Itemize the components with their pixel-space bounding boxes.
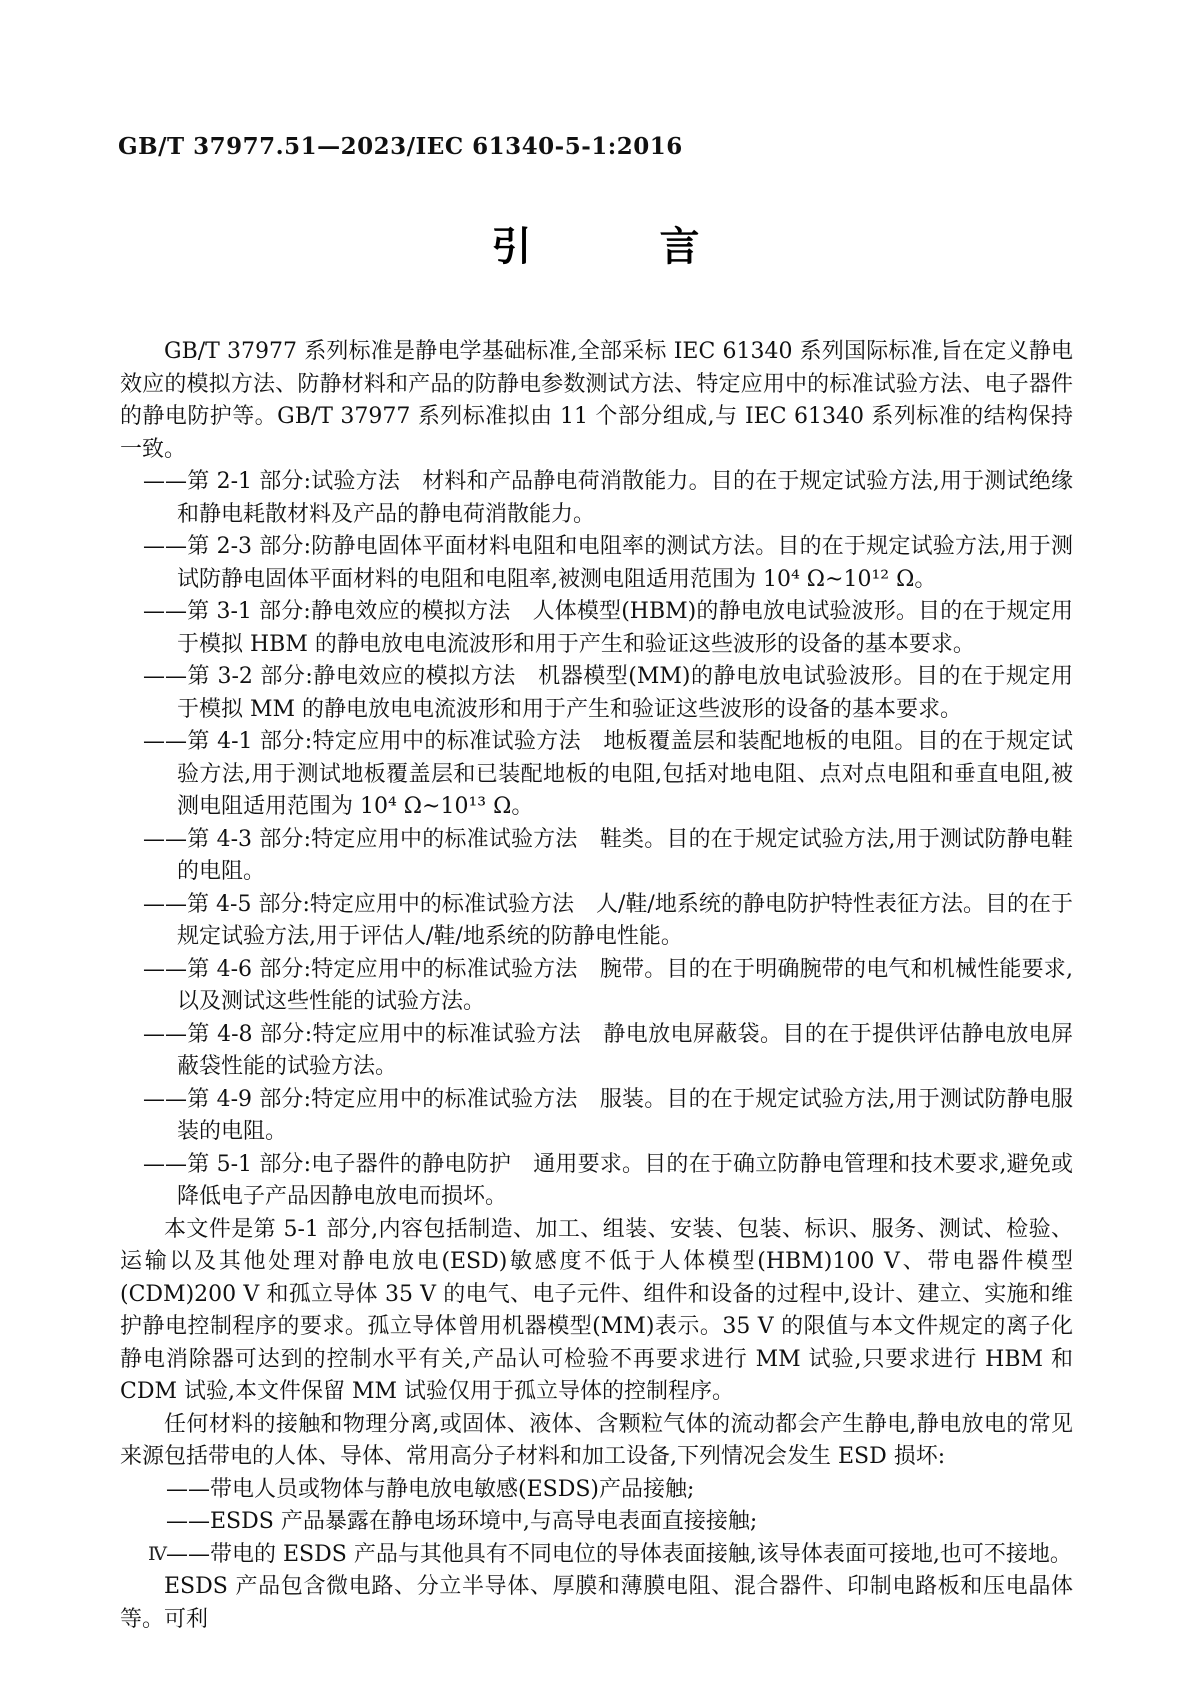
intro-paragraph-4: ESDS 产品包含微电路、分立半导体、厚膜和薄膜电阻、混合器件、印制电路板和压电… [120, 1571, 1073, 1636]
standard-part-item: ——第 4-1 部分:特定应用中的标准试验方法 地板覆盖层和装配地板的电阻。目的… [143, 726, 1073, 824]
standard-part-item: ——第 4-6 部分:特定应用中的标准试验方法 腕带。目的在于明确腕带的电气和机… [143, 954, 1073, 1019]
esd-damage-case-item: ——ESDS 产品暴露在静电场环境中,与高导电表面直接接触; [166, 1506, 1073, 1539]
standard-part-item: ——第 3-1 部分:静电效应的模拟方法 人体模型(HBM)的静电放电试验波形。… [143, 596, 1073, 661]
standard-parts-list: ——第 2-1 部分:试验方法 材料和产品静电荷消散能力。目的在于规定试验方法,… [120, 466, 1073, 1214]
page-title: 引言 [0, 215, 1191, 272]
standard-part-item: ——第 2-1 部分:试验方法 材料和产品静电荷消散能力。目的在于规定试验方法,… [143, 466, 1073, 531]
standard-part-item: ——第 4-8 部分:特定应用中的标准试验方法 静电放电屏蔽袋。目的在于提供评估… [143, 1019, 1073, 1084]
standard-part-item: ——第 4-9 部分:特定应用中的标准试验方法 服装。目的在于规定试验方法,用于… [143, 1084, 1073, 1149]
standard-part-item: ——第 4-5 部分:特定应用中的标准试验方法 人/鞋/地系统的静电防护特性表征… [143, 889, 1073, 954]
document-body: GB/T 37977 系列标准是静电学基础标准,全部采标 IEC 61340 系… [120, 336, 1073, 1636]
page-number: Ⅳ [148, 1543, 167, 1565]
esd-damage-case-item: ——带电人员或物体与静电放电敏感(ESDS)产品接触; [166, 1474, 1073, 1507]
standard-part-item: ——第 2-3 部分:防静电固体平面材料电阻和电阻率的测试方法。目的在于规定试验… [143, 531, 1073, 596]
title-char-2: 言 [660, 224, 700, 270]
intro-paragraph-1: GB/T 37977 系列标准是静电学基础标准,全部采标 IEC 61340 系… [120, 336, 1073, 466]
document-page: GB/T 37977.51—2023/IEC 61340-5-1:2016 引言… [0, 0, 1191, 1685]
standard-part-item: ——第 4-3 部分:特定应用中的标准试验方法 鞋类。目的在于规定试验方法,用于… [143, 824, 1073, 889]
standard-number-header: GB/T 37977.51—2023/IEC 61340-5-1:2016 [118, 133, 683, 160]
esd-damage-cases-list: ——带电人员或物体与静电放电敏感(ESDS)产品接触;——ESDS 产品暴露在静… [120, 1474, 1073, 1572]
standard-part-item: ——第 5-1 部分:电子器件的静电防护 通用要求。目的在于确立防静电管理和技术… [143, 1149, 1073, 1214]
intro-paragraph-3: 任何材料的接触和物理分离,或固体、液体、含颗粒气体的流动都会产生静电,静电放电的… [120, 1409, 1073, 1474]
intro-paragraph-2: 本文件是第 5-1 部分,内容包括制造、加工、组装、安装、包装、标识、服务、测试… [120, 1214, 1073, 1409]
esd-damage-case-item: ——带电的 ESDS 产品与其他具有不同电位的导体表面接触,该导体表面可接地,也… [166, 1539, 1073, 1572]
standard-part-item: ——第 3-2 部分:静电效应的模拟方法 机器模型(MM)的静电放电试验波形。目… [143, 661, 1073, 726]
title-char-1: 引 [492, 224, 532, 270]
